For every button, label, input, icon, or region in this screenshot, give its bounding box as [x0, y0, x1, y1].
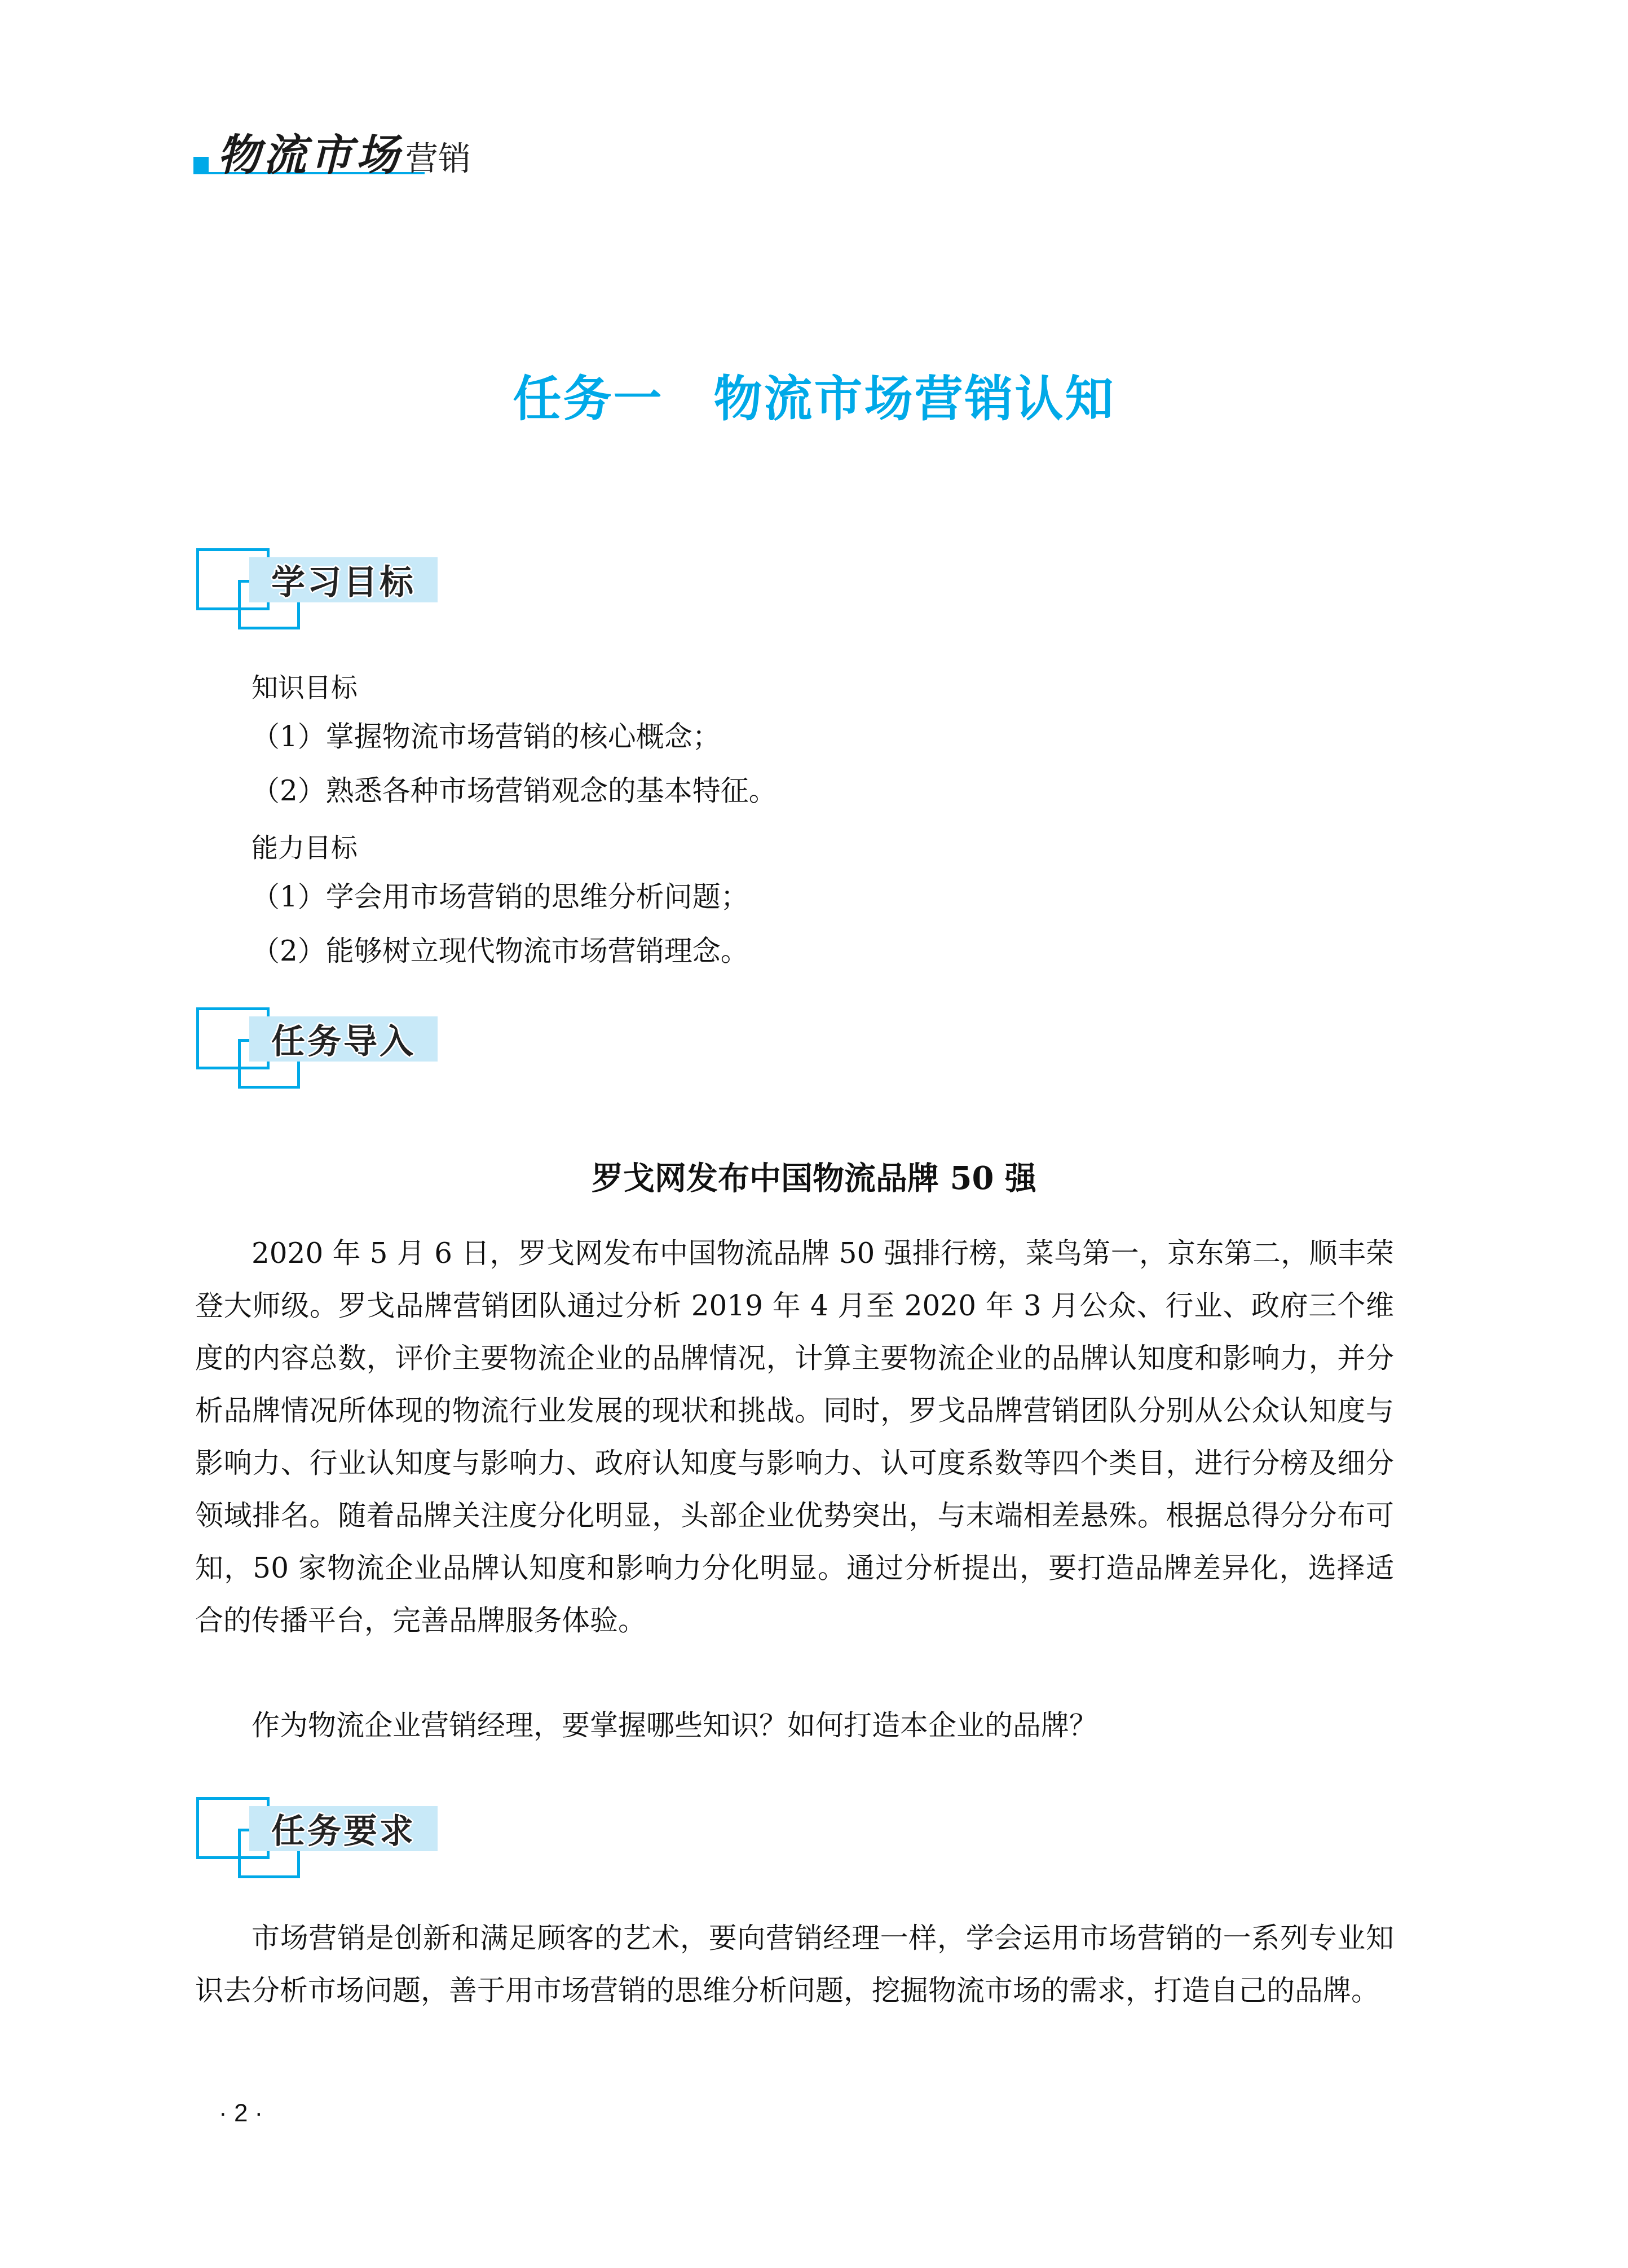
section-title: 学习目标	[271, 556, 416, 604]
task-title: 任务一 物流市场营销认知	[0, 360, 1628, 430]
section-header-task-intro: 任务导入	[196, 1002, 456, 1086]
book-title: 物流市场营销	[217, 121, 471, 182]
book-title-plain: 营销	[405, 139, 471, 178]
ability-goal-item: （1）学会用市场营销的思维分析问题；	[252, 874, 749, 915]
ability-goals-heading: 能力目标	[252, 827, 358, 865]
book-title-calligraphy: 物流市场	[217, 130, 402, 180]
section-title: 任务要求	[271, 1804, 416, 1853]
requirements-paragraph: 市场营销是创新和满足顾客的艺术，要向营销经理一样，学会运用市场营销的一系列专业知…	[195, 1912, 1394, 2017]
knowledge-goals-heading: 知识目标	[252, 667, 358, 704]
ability-goal-item: （2）能够树立现代物流市场营销理念。	[252, 928, 749, 969]
section-title-band: 学习目标	[249, 557, 438, 602]
case-title: 罗戈网发布中国物流品牌 50 强	[0, 1153, 1628, 1199]
case-question: 作为物流企业营销经理，要掌握哪些知识？如何打造本企业的品牌？	[195, 1699, 1394, 1752]
page-number: · 2 ·	[219, 2099, 263, 2128]
knowledge-goal-item: （1）掌握物流市场营销的核心概念；	[252, 714, 721, 755]
section-title-band: 任务导入	[249, 1016, 438, 1062]
header-accent-square	[193, 157, 209, 174]
case-paragraph: 2020 年 5 月 6 日，罗戈网发布中国物流品牌 50 强排行榜，菜鸟第一，…	[195, 1227, 1394, 1647]
section-header-task-requirements: 任务要求	[196, 1791, 456, 1876]
section-title: 任务导入	[271, 1015, 416, 1063]
section-header-learning-goals: 学习目标	[196, 543, 456, 627]
section-title-band: 任务要求	[249, 1806, 438, 1851]
knowledge-goal-item: （2）熟悉各种市场营销观念的基本特征。	[252, 768, 777, 809]
